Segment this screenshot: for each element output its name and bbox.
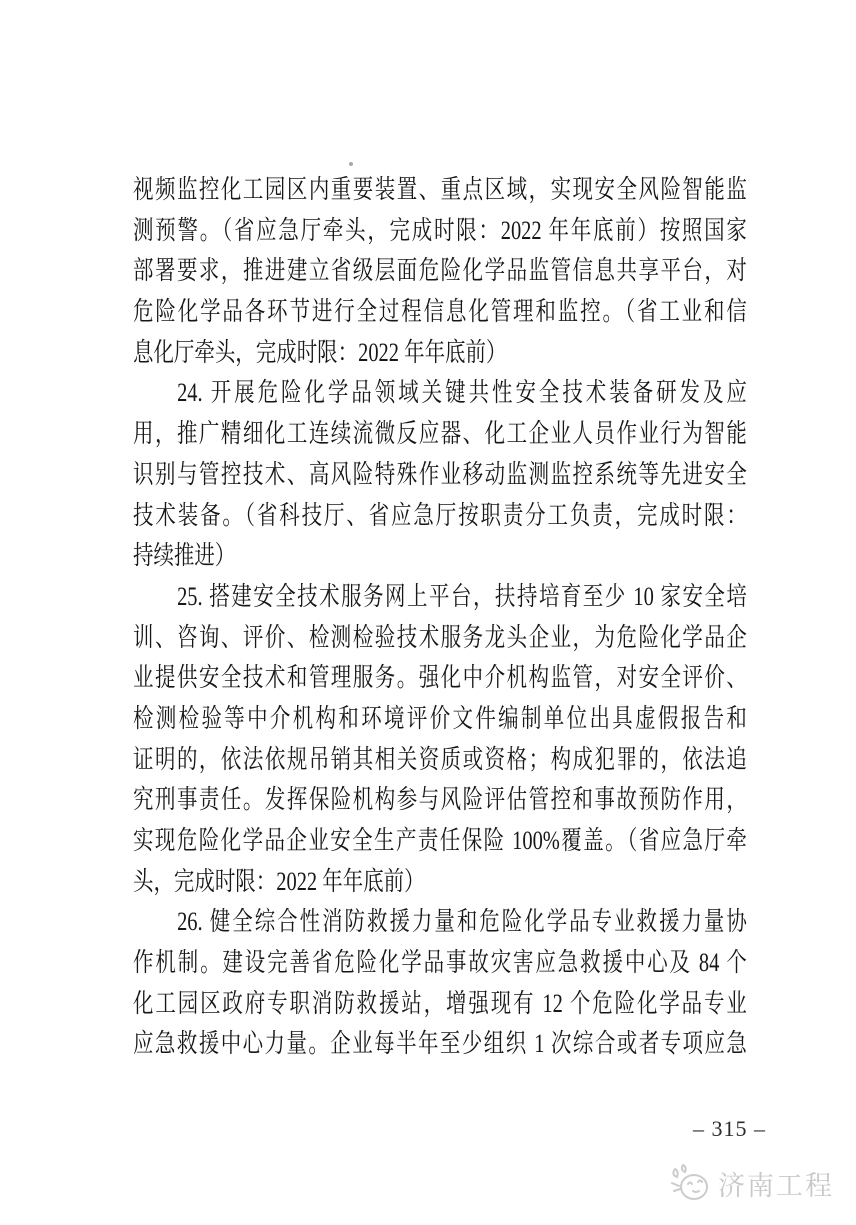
text-line: 实现危险化学品企业安全生产责任保险 100%覆盖。（省应急厅牵 — [133, 821, 747, 862]
text-line: 危险化学品各环节进行全过程信息化管理和监控。（省工业和信 — [133, 292, 747, 333]
text-line: 息化厅牵头，完成时限：2022 年年底前） — [133, 333, 747, 374]
watermark-text: 济南工程 — [718, 1164, 834, 1203]
text-line: 26. 健全综合性消防救援力量和危险化学品专业救援力量协 — [133, 902, 747, 943]
text-line: 作机制。建设完善省危险化学品事故灾害应急救援中心及 84 个 — [133, 943, 747, 984]
text-line: 视频监控化工园区内重要装置、重点区域，实现安全风险智能监 — [133, 170, 747, 211]
text-line: 持续推进） — [133, 536, 747, 577]
text-line: 识别与管控技术、高风险特殊作业移动监测监控系统等先进安全 — [133, 455, 747, 496]
text-line: 训、咨询、评价、检测检验技术服务龙头企业，为危险化学品企 — [133, 618, 747, 659]
page-number: – 315 – — [693, 1116, 766, 1142]
watermark: 济南工程 — [669, 1161, 834, 1205]
text-line: 证明的，依法依规吊销其相关资质或资格；构成犯罪的，依法追 — [133, 740, 747, 781]
text-line: 头，完成时限：2022 年年底前） — [133, 862, 747, 903]
text-line: 24. 开展危险化学品领域关键共性安全技术装备研发及应 — [133, 373, 747, 414]
text-line: 业提供安全技术和管理服务。强化中介机构监管，对安全评价、 — [133, 658, 747, 699]
text-line: 部署要求，推进建立省级层面危险化学品监管信息共享平台，对 — [133, 251, 747, 292]
text-line: 究刑事责任。发挥保险机构参与风险评估管控和事故预防作用， — [133, 780, 747, 821]
text-line: 化工园区政府专职消防救援站，增强现有 12 个危险化学品专业 — [133, 984, 747, 1025]
scan-speck — [349, 162, 353, 166]
text-line: 测预警。（省应急厅牵头，完成时限：2022 年年底前）按照国家 — [133, 211, 747, 252]
mascot-logo-icon — [669, 1161, 711, 1205]
text-line: 25. 搭建安全技术服务网上平台，扶持培育至少 10 家安全培 — [133, 577, 747, 618]
text-block: 视频监控化工园区内重要装置、重点区域，实现安全风险智能监测预警。（省应急厅牵头，… — [133, 170, 747, 1065]
document-page: 视频监控化工园区内重要装置、重点区域，实现安全风险智能监测预警。（省应急厅牵头，… — [0, 0, 856, 1225]
text-line: 用，推广精细化工连续流微反应器、化工企业人员作业行为智能 — [133, 414, 747, 455]
text-line: 检测检验等中介机构和环境评价文件编制单位出具虚假报告和 — [133, 699, 747, 740]
text-line: 技术装备。（省科技厅、省应急厅按职责分工负责，完成时限： — [133, 496, 747, 537]
text-line: 应急救援中心力量。企业每半年至少组织 1 次综合或者专项应急 — [133, 1024, 747, 1065]
